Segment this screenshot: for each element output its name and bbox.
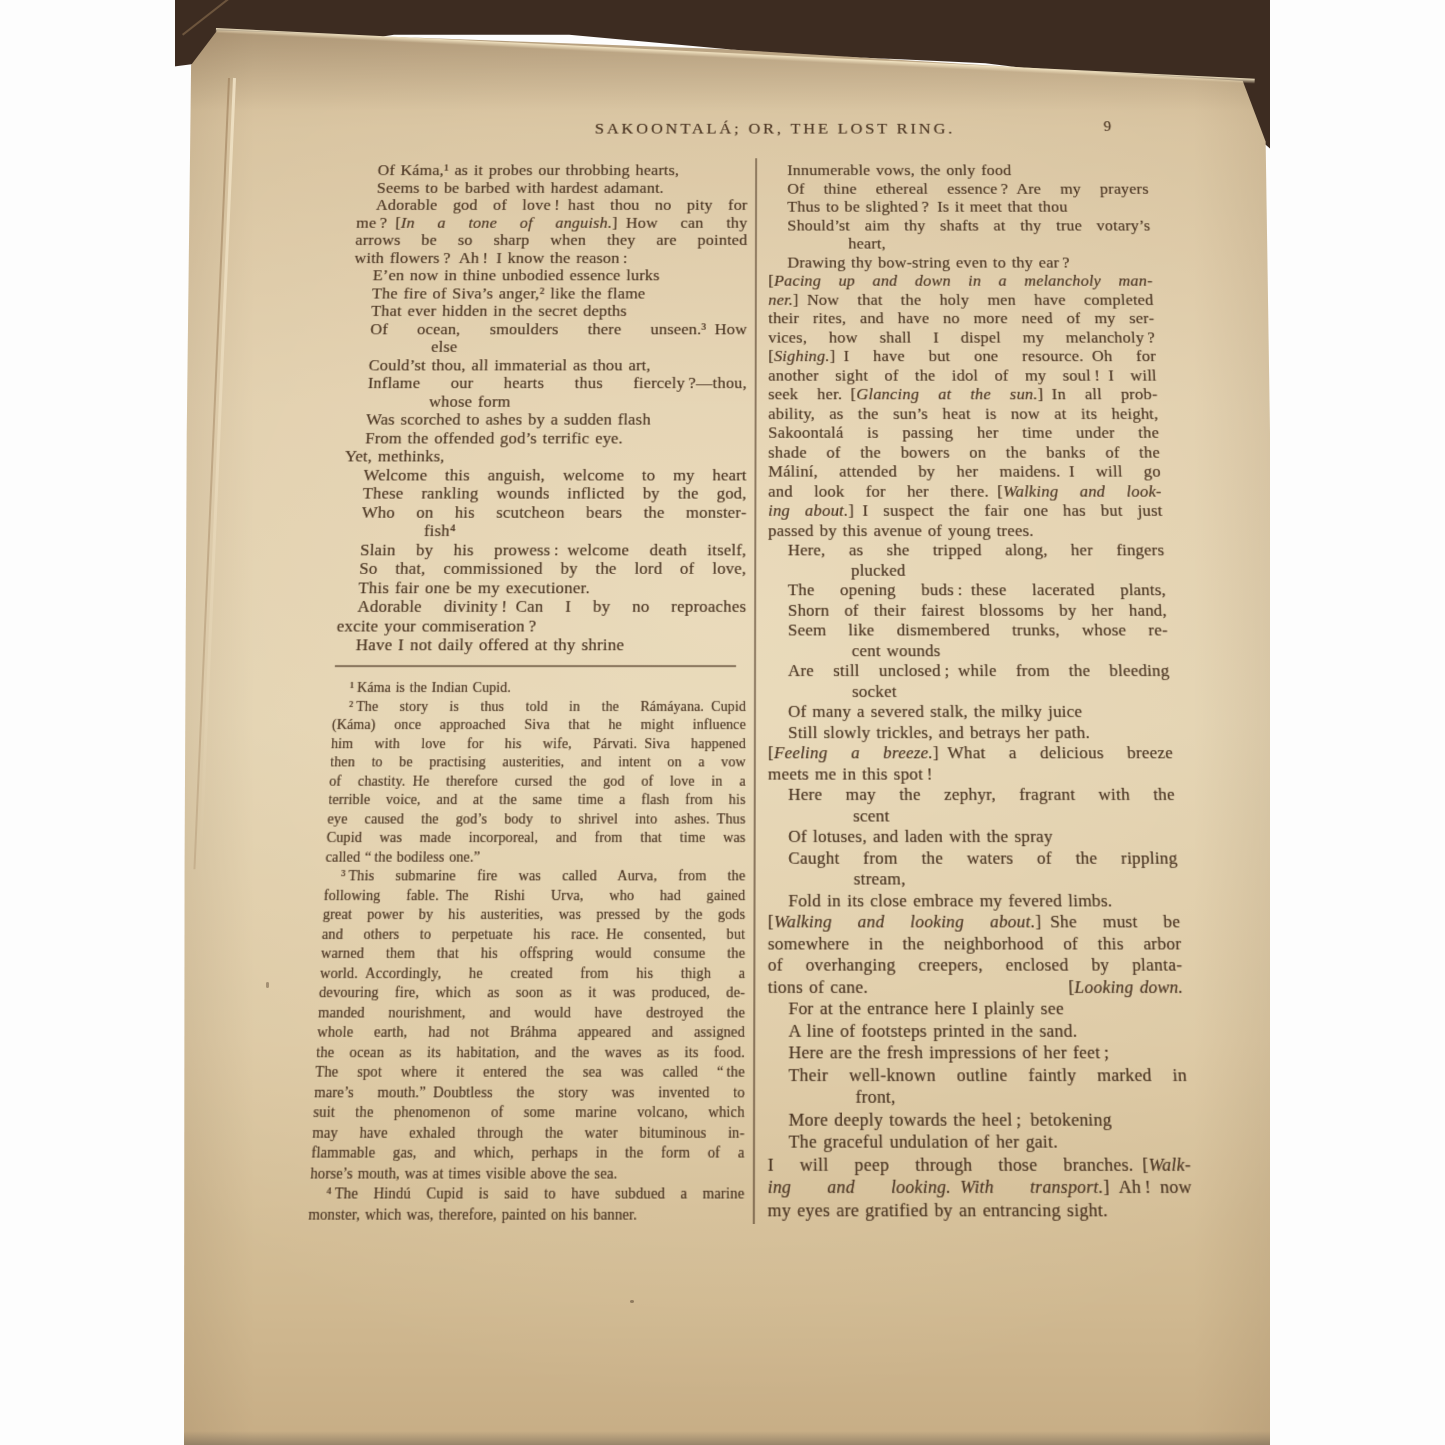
text-line: following fable. The Rishi Urva, who had… (323, 887, 745, 906)
text-line: Inflame our hearts thus fiercely ?—thou, (348, 374, 747, 392)
text-line: cent wounds (768, 641, 1169, 661)
text-line: Here, as she tripped along, her fingers (768, 541, 1165, 561)
text-line: mare’s mouth.” Doubtless the story was i… (314, 1084, 745, 1104)
text-line: the ocean as its habitation, and the wav… (316, 1044, 745, 1064)
page-number: 9 (1103, 119, 1111, 135)
text-line: [Walking and looking about.] She must be (768, 912, 1181, 933)
text-line: whose form (347, 392, 747, 410)
text-line: plucked (768, 561, 1165, 581)
text-line: Their well-known outline faintly marked … (768, 1064, 1188, 1086)
text-line: vices, how shall I dispel my melancholy … (768, 328, 1155, 347)
text-line: fish⁴ (341, 522, 747, 541)
text-line: arrows be so sharp when they are pointed (355, 231, 747, 249)
text-line: Fold in its close embrace my fevered lim… (768, 890, 1180, 911)
text-line: great power by his austerities, was pres… (322, 906, 745, 925)
text-line: From the offended god’s terrific eye. (345, 429, 746, 447)
footnote-separator-rule (335, 665, 736, 667)
text-line: Seem like dismembered trunks, whose re- (768, 621, 1168, 641)
text-line: (Káma) once approached Siva that he migh… (332, 717, 746, 736)
photo-background: SAKOONTALÁ; OR, THE LOST RING. 9 Of Káma… (0, 0, 1445, 1445)
right-column-text: Innumerable vows, the only foodOf thine … (768, 162, 1194, 1222)
text-line: Of lotuses, and laden with the spray (768, 827, 1177, 848)
text-line: Was scorched to ashes by a sudden flash (346, 411, 747, 429)
text-line: then to be practising austerities, and i… (330, 754, 746, 773)
text-line: devouring fire, which as soon as it was … (319, 984, 745, 1004)
text-line: I will peep through those branches. [Wal… (768, 1154, 1192, 1177)
text-line: [Feeling a breeze.] What a delicious bre… (768, 743, 1173, 764)
text-line: another sight of the idol of my soul ! I… (768, 366, 1157, 385)
text-line: horse’s mouth, was at times visible abov… (310, 1165, 745, 1185)
text-line: monster, which was, therefore, painted o… (308, 1206, 744, 1227)
text-line: A line of footsteps printed in the sand. (768, 1020, 1186, 1042)
text-line: The graceful undulation of her gait. (768, 1131, 1191, 1154)
left-column-footnotes: ¹ Káma is the Indian Cupid.² The story i… (308, 680, 746, 1226)
text-line: tions of cane.[Looking down. (768, 976, 1184, 998)
text-line: Caught from the waters of the rippling (768, 848, 1178, 869)
text-line: Seems to be barbed with hardest adamant. (358, 179, 748, 196)
text-line: The opening buds : these lacerated plant… (768, 581, 1166, 601)
text-line: suit the phenomenon of some marine volca… (313, 1104, 745, 1124)
text-line: flammable gas, and which, perhaps in the… (311, 1144, 745, 1164)
text-line: called “ the bodiless one.” (325, 849, 745, 868)
text-line: Adorable divinity ! Can I by no reproach… (337, 597, 746, 616)
text-line: passed by this avenue of young trees. (768, 521, 1164, 541)
text-line: ³ This submarine fire was called Aurva, … (324, 868, 745, 887)
text-line: stream, (768, 869, 1179, 890)
text-line: Who on his scutcheon bears the monster- (342, 503, 747, 522)
text-line: warned them that his offspring would con… (320, 945, 745, 965)
text-line: Drawing thy bow-string even to thy ear ? (768, 254, 1152, 273)
text-line: eye caused the god’s body to shrivel int… (327, 811, 746, 830)
text-line: manded nourishment, and would have destr… (318, 1004, 745, 1024)
text-line: Of thine ethereal essence ? Are my praye… (768, 180, 1149, 198)
text-line: This fair one be my executioner. (338, 578, 746, 597)
text-line: Thus to be slighted ? Is it meet that th… (768, 198, 1149, 216)
text-line: meets me in this spot ! (768, 764, 1174, 785)
text-line: and look for her there. [Walking and loo… (768, 482, 1162, 502)
text-line: Are still unclosed ; while from the blee… (768, 661, 1170, 681)
text-line: Of ocean, smoulders there unseen.³ How (351, 320, 747, 338)
column-divider-rule (753, 158, 757, 1224)
text-line: front, (768, 1086, 1189, 1108)
text-line: world. Accordingly, he created from his … (320, 965, 746, 985)
text-line: Yet, methinks, (345, 447, 747, 465)
text-line: ability, as the sun’s heat is now at its… (768, 404, 1159, 423)
text-line: Sakoontalá is passing her time under the (768, 424, 1159, 443)
text-line: Of Káma,¹ as it probes our throbbing hea… (358, 162, 747, 179)
text-line: shade of the bowers on the banks of the (768, 443, 1160, 462)
text-line: their rites, and have no more need of my… (768, 310, 1154, 329)
text-line: [Pacing up and down in a melancholy man- (768, 272, 1153, 291)
text-line: my eyes are gratified by an entrancing s… (768, 1199, 1194, 1222)
text-line: terrible voice, and at the same time a f… (328, 792, 746, 811)
text-line: That ever hidden in the secret depths (352, 302, 748, 320)
paper-speck (266, 982, 269, 988)
text-line: E’en now in thine unbodied essence lurks (353, 267, 747, 285)
text-line: heart, (768, 235, 1151, 254)
text-line: ner.] Now that the holy men have complet… (768, 291, 1154, 310)
text-line: The fire of Siva’s anger,² like the flam… (352, 284, 747, 302)
text-line: ing and looking. With transport.] Ah ! n… (768, 1176, 1193, 1199)
text-line: may have exhaled through the water bitum… (312, 1124, 745, 1144)
text-line: These rankling wounds inflicted by the g… (343, 484, 747, 503)
text-line: socket (768, 682, 1171, 702)
text-line: ¹ Káma is the Indian Cupid. (333, 680, 746, 698)
text-line: him with love for his wife, Párvati. Siv… (331, 736, 746, 755)
text-line: of overhanging creepers, enclosed by pla… (768, 955, 1183, 977)
text-line: For at the entrance here I plainly see (768, 998, 1185, 1020)
text-line: ² The story is thus told in the Rámáyana… (332, 698, 746, 717)
text-line: Shorn of their fairest blossoms by her h… (768, 601, 1167, 621)
text-line: Adorable god of love ! hast thou no pity… (357, 196, 748, 213)
page-content: SAKOONTALÁ; OR, THE LOST RING. 9 Of Káma… (296, 104, 1254, 1379)
text-line: and others to perpetuate his race. He co… (321, 926, 745, 945)
text-line: whole earth, had not Bráhma appeared and… (317, 1024, 745, 1044)
text-line: Cupid was made incorporeal, and from tha… (326, 830, 745, 849)
text-line: Innumerable vows, the only food (768, 162, 1148, 180)
text-line: Should’st aim thy shafts at thy true vot… (768, 217, 1150, 235)
text-line: So that, commissioned by the lord of lov… (339, 559, 746, 578)
text-line: ing about.] I suspect the fair one has b… (768, 501, 1163, 521)
text-line: of chastity. He therefore cursed the god… (329, 773, 746, 792)
text-line: excite your commiseration ? (336, 616, 746, 635)
text-line: me ? [In a tone of anguish.] How can thy (356, 214, 748, 232)
text-line: Have I not daily offered at thy shrine (335, 635, 746, 654)
text-line: [Sighing.] I have but one resource. Oh f… (768, 347, 1156, 366)
text-line: Máliní, attended by her maidens. I will … (768, 462, 1161, 481)
text-line: Slain by his prowess : welcome death its… (340, 540, 746, 559)
text-line: Here are the fresh impressions of her fe… (768, 1042, 1187, 1064)
text-line: scent (768, 806, 1176, 827)
text-line: ⁴ The Hindú Cupid is said to have subdue… (309, 1185, 745, 1206)
text-line: Welcome this anguish, welcome to my hear… (344, 466, 747, 485)
text-line: Could’st thou, all immaterial as thou ar… (349, 356, 747, 374)
text-line: Still slowly trickles, and betrays her p… (768, 723, 1173, 744)
left-column-main-text: Of Káma,¹ as it probes our throbbing hea… (335, 162, 747, 655)
text-line: More deeply towards the heel ; betokenin… (768, 1109, 1190, 1131)
text-line: The spot where it entered the sea was ca… (315, 1064, 745, 1084)
running-header-title: SAKOONTALÁ; OR, THE LOST RING. (357, 119, 1194, 137)
text-line: else (350, 338, 747, 356)
text-line: Of many a severed stalk, the milky juice (768, 702, 1172, 723)
text-line: somewhere in the neighborhood of this ar… (768, 933, 1182, 955)
text-line: Here may the zephyr, fragrant with the (768, 785, 1175, 806)
text-line: seek her. [Glancing at the sun.] In all … (768, 385, 1158, 404)
text-line: with flowers ? Ah ! I know the reason : (354, 249, 747, 267)
